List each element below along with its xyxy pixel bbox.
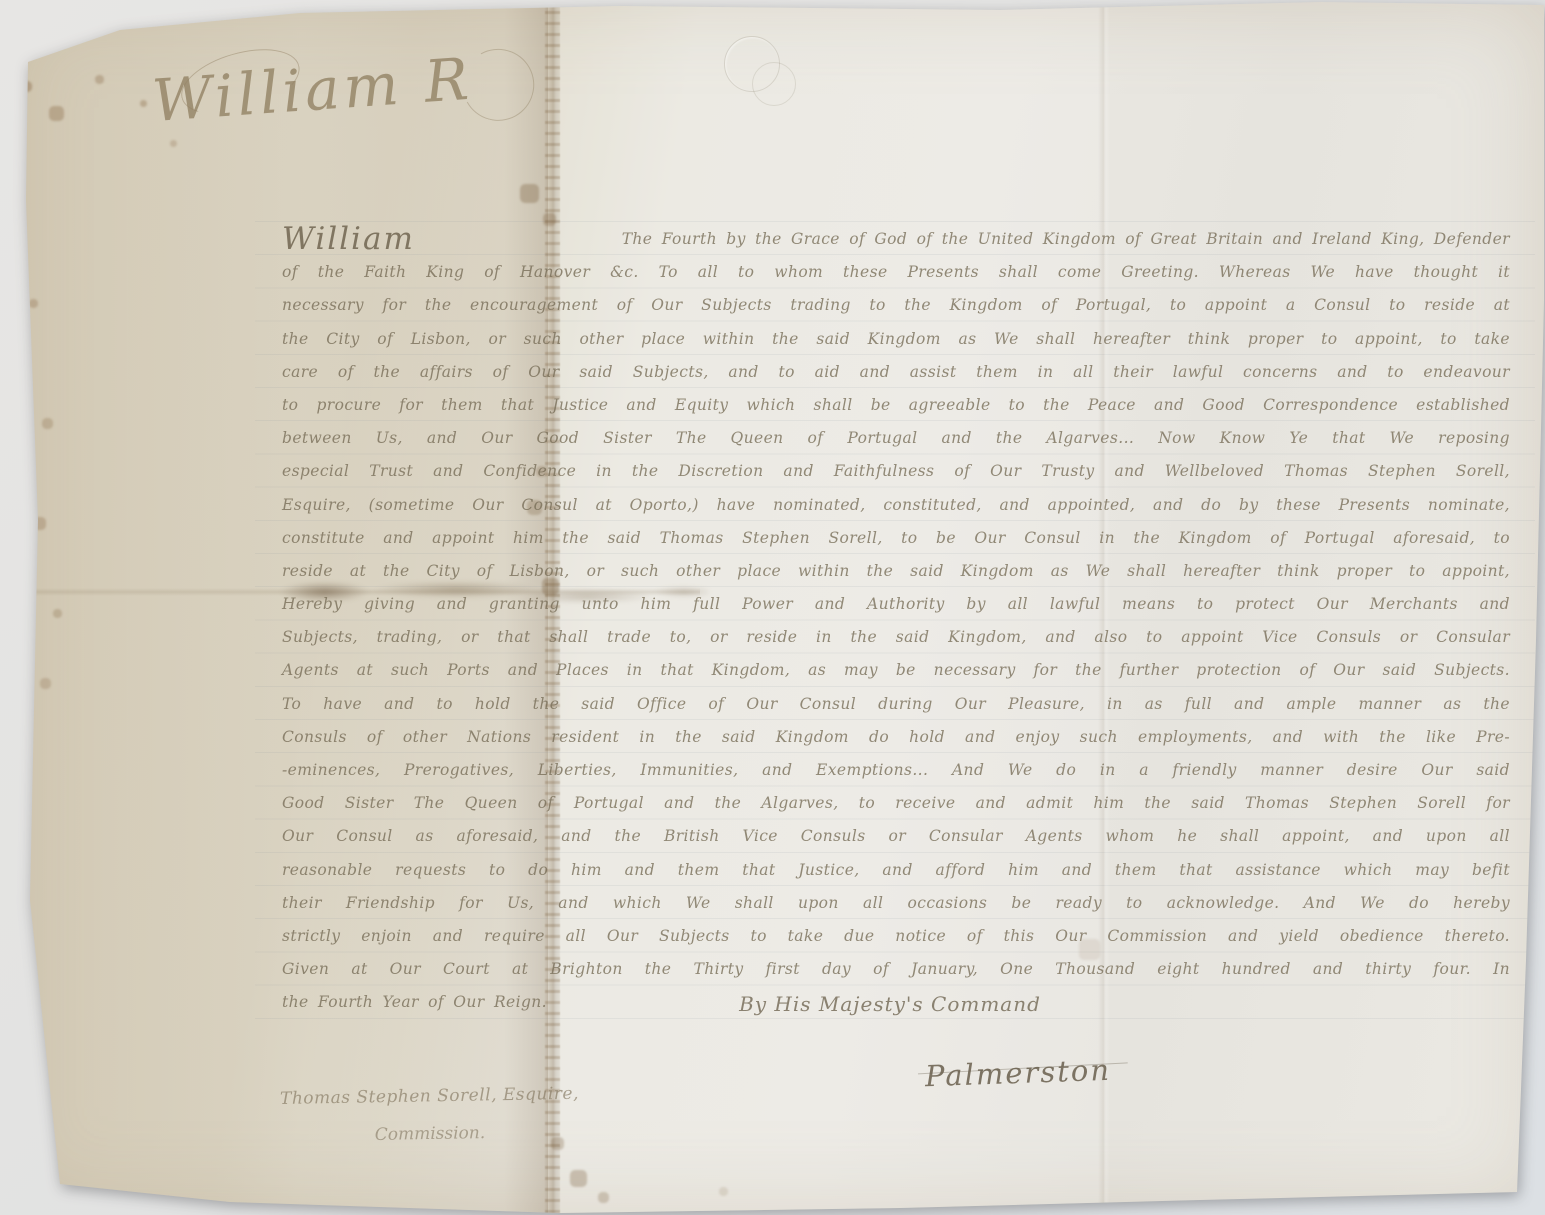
- manuscript-line: strictly enjoin and require all Our Subj…: [282, 920, 1510, 953]
- manuscript-line: To have and to hold the said Office of O…: [282, 688, 1510, 721]
- manuscript-line: reside at the City of Lisbon, or such ot…: [282, 555, 1510, 588]
- manuscript-line: WilliamThe Fourth by the Grace of God of…: [282, 223, 1510, 256]
- manuscript-line: their Friendship for Us, and which We sh…: [282, 887, 1510, 920]
- manuscript-line: to procure for them that Justice and Equ…: [282, 389, 1510, 422]
- foxing-spots: [0, 0, 3, 3]
- manuscript-line: necessary for the encouragement of Our S…: [282, 289, 1510, 322]
- parchment-surface: William R WilliamThe Fourth by the Grace…: [0, 0, 1545, 1215]
- manuscript-line: Given at Our Court at Brighton the Thirt…: [282, 953, 1510, 986]
- embossed-seal-inner: [752, 62, 796, 106]
- manuscript-line: Consuls of other Nations resident in the…: [282, 721, 1510, 754]
- manuscript-line: reasonable requests to do him and them t…: [282, 854, 1510, 887]
- command-attestation: By His Majesty's Command: [640, 992, 1140, 1016]
- manuscript-line: especial Trust and Confidence in the Dis…: [282, 455, 1510, 488]
- photograph-of-document: { "doc": { "royal_sign_manual": "William…: [0, 0, 1545, 1215]
- manuscript-line: -eminences, Prerogatives, Liberties, Imm…: [282, 754, 1510, 787]
- manuscript-line: Our Consul as aforesaid, and the British…: [282, 820, 1510, 853]
- manuscript-line: Subjects, trading, or that shall trade t…: [282, 621, 1510, 654]
- manuscript-line: Hereby giving and granting unto him full…: [282, 588, 1510, 621]
- opening-word: William: [282, 223, 415, 256]
- manuscript-line: the City of Lisbon, or such other place …: [282, 323, 1510, 356]
- manuscript-line: Good Sister The Queen of Portugal and th…: [282, 787, 1510, 820]
- manuscript-line: Esquire, (sometime Our Consul at Oporto,…: [282, 489, 1510, 522]
- manuscript-line: of the Faith King of Hanover &c. To all …: [282, 256, 1510, 289]
- parchment-sheet: William R WilliamThe Fourth by the Grace…: [0, 0, 1545, 1215]
- manuscript-body: WilliamThe Fourth by the Grace of God of…: [282, 223, 1510, 1020]
- manuscript-line: care of the affairs of Our said Subjects…: [282, 356, 1510, 389]
- manuscript-line: between Us, and Our Good Sister The Quee…: [282, 422, 1510, 455]
- manuscript-line: constitute and appoint him the said Thom…: [282, 522, 1510, 555]
- manuscript-line: Agents at such Ports and Places in that …: [282, 654, 1510, 687]
- docket-document-type: Commission.: [320, 1122, 540, 1146]
